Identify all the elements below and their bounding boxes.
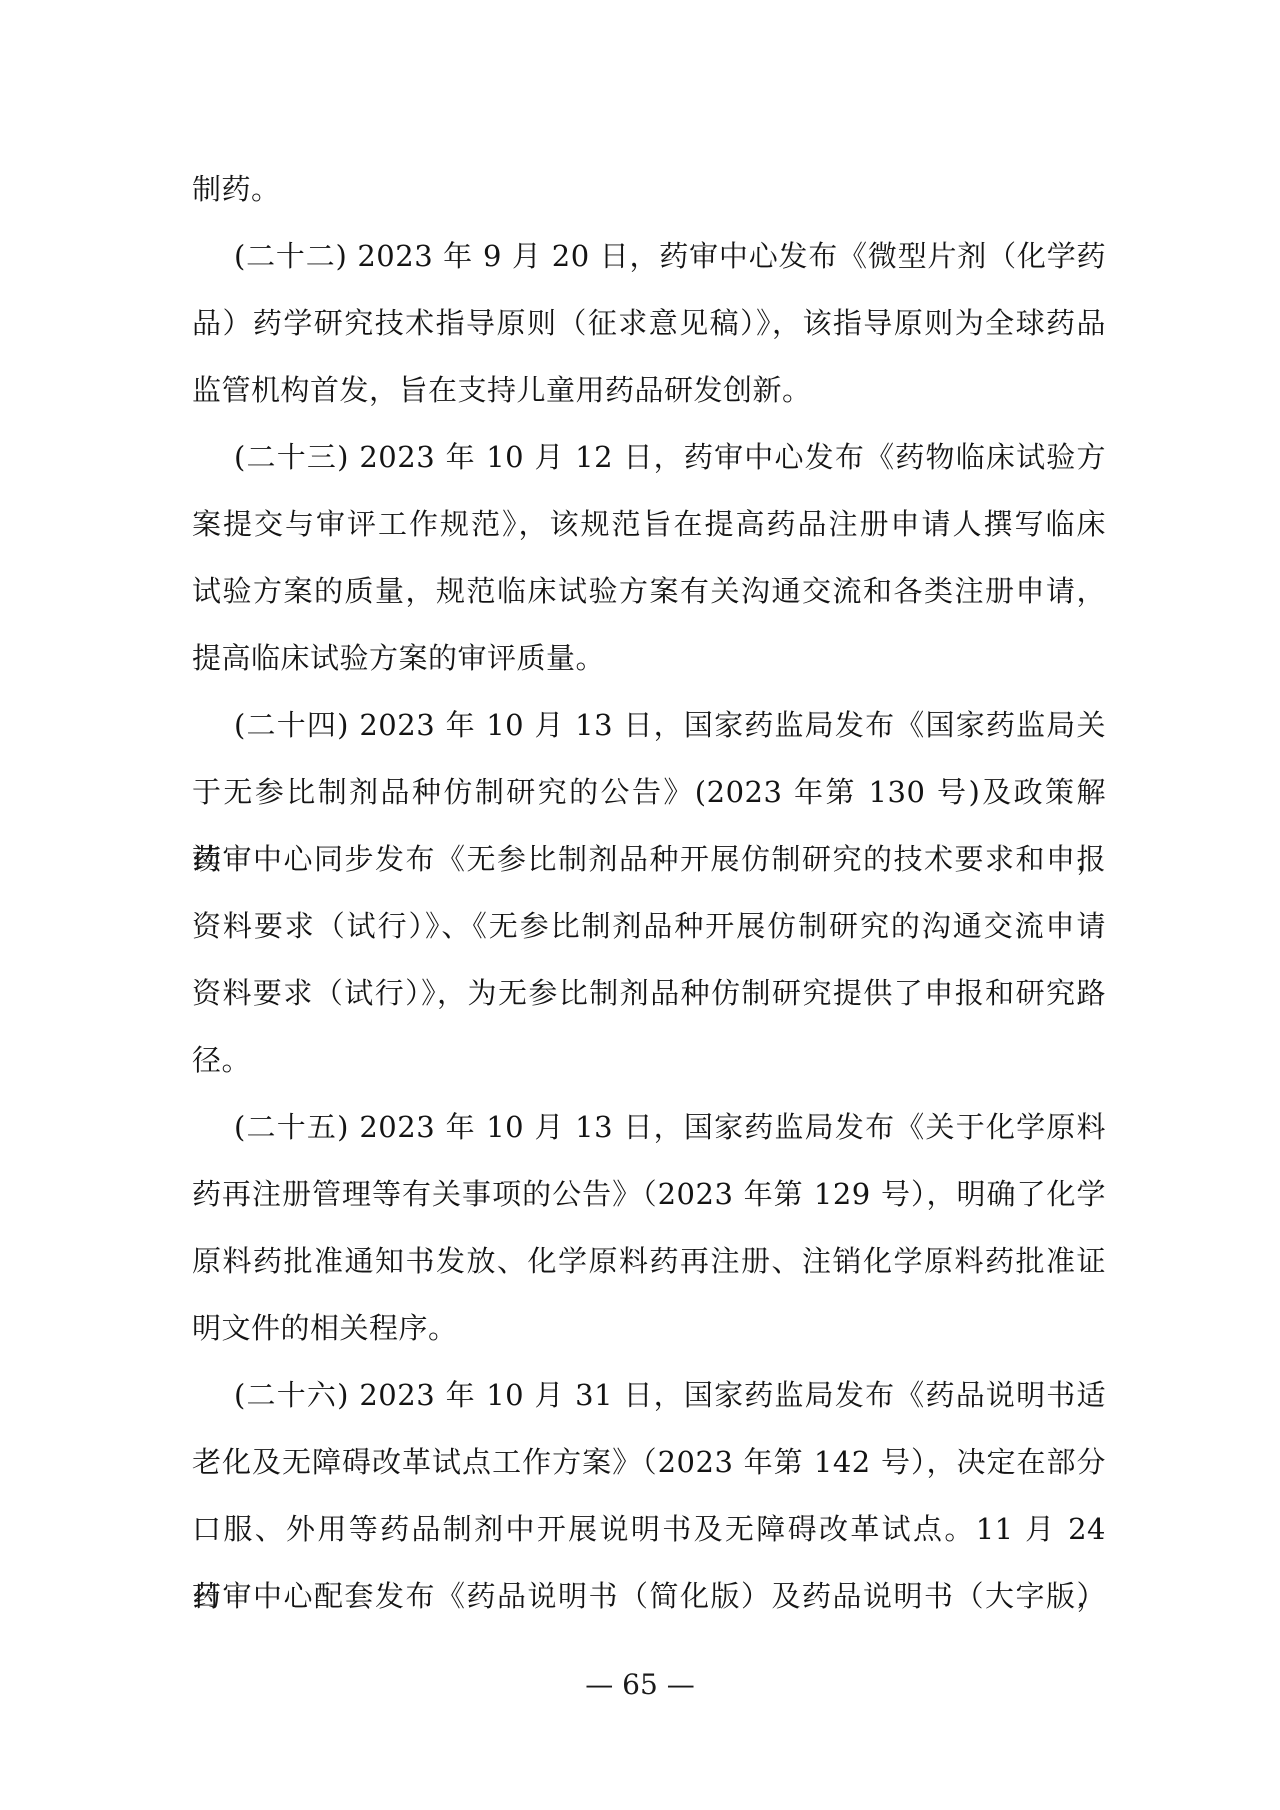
text-line: 品）药学研究技术指导原则（征求意见稿）》，该指导原则为全球药品 xyxy=(192,290,1106,357)
text-line: 老化及无障碍改革试点工作方案》（2023 年第 142 号），决定在部分 xyxy=(192,1429,1106,1496)
text-line: (二十五) 2023 年 10 月 13 日，国家药监局发布《关于化学原料 xyxy=(192,1094,1106,1161)
text-line: 原料药批准通知书发放、化学原料药再注册、注销化学原料药批准证 xyxy=(192,1228,1106,1295)
paragraph-22: (二十二) 2023 年 9 月 20 日，药审中心发布《微型片剂（化学药 品）… xyxy=(192,223,1106,424)
page-number: — 65 — xyxy=(0,1670,1280,1700)
paragraph-continuation: 制药。 xyxy=(192,156,1106,223)
text-line: 口服、外用等药品制剂中开展说明书及无障碍改革试点。11 月 24 日， xyxy=(192,1496,1106,1563)
text-column: 制药。 (二十二) 2023 年 9 月 20 日，药审中心发布《微型片剂（化学… xyxy=(192,156,1106,1630)
paragraph-26: (二十六) 2023 年 10 月 31 日，国家药监局发布《药品说明书适 老化… xyxy=(192,1362,1106,1630)
text-line: 于无参比制剂品种仿制研究的公告》(2023 年第 130 号)及政策解读， xyxy=(192,759,1106,826)
paragraph-24: (二十四) 2023 年 10 月 13 日，国家药监局发布《国家药监局关 于无… xyxy=(192,692,1106,1094)
text-line: (二十二) 2023 年 9 月 20 日，药审中心发布《微型片剂（化学药 xyxy=(192,223,1106,290)
text-line: (二十四) 2023 年 10 月 13 日，国家药监局发布《国家药监局关 xyxy=(192,692,1106,759)
text-line: (二十三) 2023 年 10 月 12 日，药审中心发布《药物临床试验方 xyxy=(192,424,1106,491)
text-line: 药再注册管理等有关事项的公告》（2023 年第 129 号），明确了化学 xyxy=(192,1161,1106,1228)
text-line: 药审中心配套发布《药品说明书（简化版）及药品说明书（大字版） xyxy=(192,1563,1106,1630)
text-line: (二十六) 2023 年 10 月 31 日，国家药监局发布《药品说明书适 xyxy=(192,1362,1106,1429)
text-line: 药审中心同步发布《无参比制剂品种开展仿制研究的技术要求和申报 xyxy=(192,826,1106,893)
text-line: 监管机构首发，旨在支持儿童用药品研发创新。 xyxy=(192,357,1106,424)
text-line: 径。 xyxy=(192,1027,1106,1094)
text-line: 制药。 xyxy=(192,156,1106,223)
text-line: 提高临床试验方案的审评质量。 xyxy=(192,625,1106,692)
text-line: 试验方案的质量，规范临床试验方案有关沟通交流和各类注册申请， xyxy=(192,558,1106,625)
text-line: 资料要求（试行）》，为无参比制剂品种仿制研究提供了申报和研究路 xyxy=(192,960,1106,1027)
text-line: 资料要求（试行）》、《无参比制剂品种开展仿制研究的沟通交流申请 xyxy=(192,893,1106,960)
text-line: 案提交与审评工作规范》，该规范旨在提高药品注册申请人撰写临床 xyxy=(192,491,1106,558)
text-line: 明文件的相关程序。 xyxy=(192,1295,1106,1362)
paragraph-25: (二十五) 2023 年 10 月 13 日，国家药监局发布《关于化学原料 药再… xyxy=(192,1094,1106,1362)
paragraph-23: (二十三) 2023 年 10 月 12 日，药审中心发布《药物临床试验方 案提… xyxy=(192,424,1106,692)
document-page: 制药。 (二十二) 2023 年 9 月 20 日，药审中心发布《微型片剂（化学… xyxy=(0,0,1280,1810)
